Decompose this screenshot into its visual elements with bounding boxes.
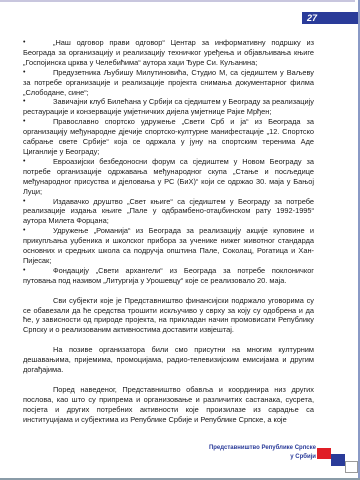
footer-organization-name: Представништво Републике Српске у Србији	[190, 444, 316, 462]
bullet-item: • Фондацију „Свети архангели“ из Београд…	[23, 266, 314, 286]
bullet-icon: •	[23, 117, 25, 127]
bullet-item: • Издавачко друштво „Свет књиге“ са сјед…	[23, 197, 314, 227]
logo-white-square	[345, 461, 358, 473]
bullet-text: „Наш одговор прави одговор“ Центар за ин…	[23, 38, 314, 67]
bullet-text: Евроазијски безбедоносни форум са сједиш…	[23, 157, 314, 196]
bullet-text: Удружење „Романија“ из Београда за реали…	[23, 226, 314, 265]
bullet-text: Православно спортско удружење „Свети Срб…	[23, 117, 314, 156]
bullet-icon: •	[23, 197, 25, 207]
paragraph-obligations: Сви субјекти које је Представништво фина…	[23, 296, 314, 336]
bullet-icon: •	[23, 68, 25, 78]
page-number: 27	[307, 12, 317, 24]
paragraph-activities: Поред наведеног, Представништво обавља и…	[23, 385, 314, 425]
page-number-tab: 27	[302, 12, 358, 24]
bullet-text: Предузетника Љубишу Милутиновића, Студио…	[23, 68, 314, 97]
bullet-item: • Православно спортско удружење „Свети С…	[23, 117, 314, 157]
bullet-text: Завичајни клуб Билећана у Србији са сјед…	[23, 97, 314, 116]
bullet-item: • Завичајни клуб Билећана у Србији са сј…	[23, 97, 314, 117]
logo-red-square	[317, 448, 331, 459]
bullet-text: Фондацију „Свети архангели“ из Београда …	[23, 266, 314, 285]
document-page: 27 • „Наш одговор прави одговор“ Центар …	[0, 0, 360, 480]
bullet-icon: •	[23, 97, 25, 107]
page-content: • „Наш одговор прави одговор“ Центар за …	[23, 38, 314, 425]
logo-blue-square	[331, 454, 345, 466]
footer-line-1: Представништво Републике Српске	[190, 444, 316, 453]
page-top-border	[0, 0, 355, 2]
bullet-item: • Удружење „Романија“ из Београда за реа…	[23, 226, 314, 266]
bullet-item: • Предузетника Љубишу Милутиновића, Студ…	[23, 68, 314, 98]
bullet-icon: •	[23, 266, 25, 276]
bullet-text: Издавачко друштво „Свет књиге“ са сједиш…	[23, 197, 314, 226]
footer-line-2: у Србији	[190, 453, 316, 462]
bullet-icon: •	[23, 157, 25, 167]
paragraph-events: На позиве организатора били смо присутни…	[23, 345, 314, 375]
flag-squares-logo-icon	[312, 444, 360, 480]
bullet-item: • „Наш одговор прави одговор“ Центар за …	[23, 38, 314, 68]
bullet-icon: •	[23, 226, 25, 236]
bullet-item: • Евроазијски безбедоносни форум са сјед…	[23, 157, 314, 197]
bullet-icon: •	[23, 38, 25, 48]
